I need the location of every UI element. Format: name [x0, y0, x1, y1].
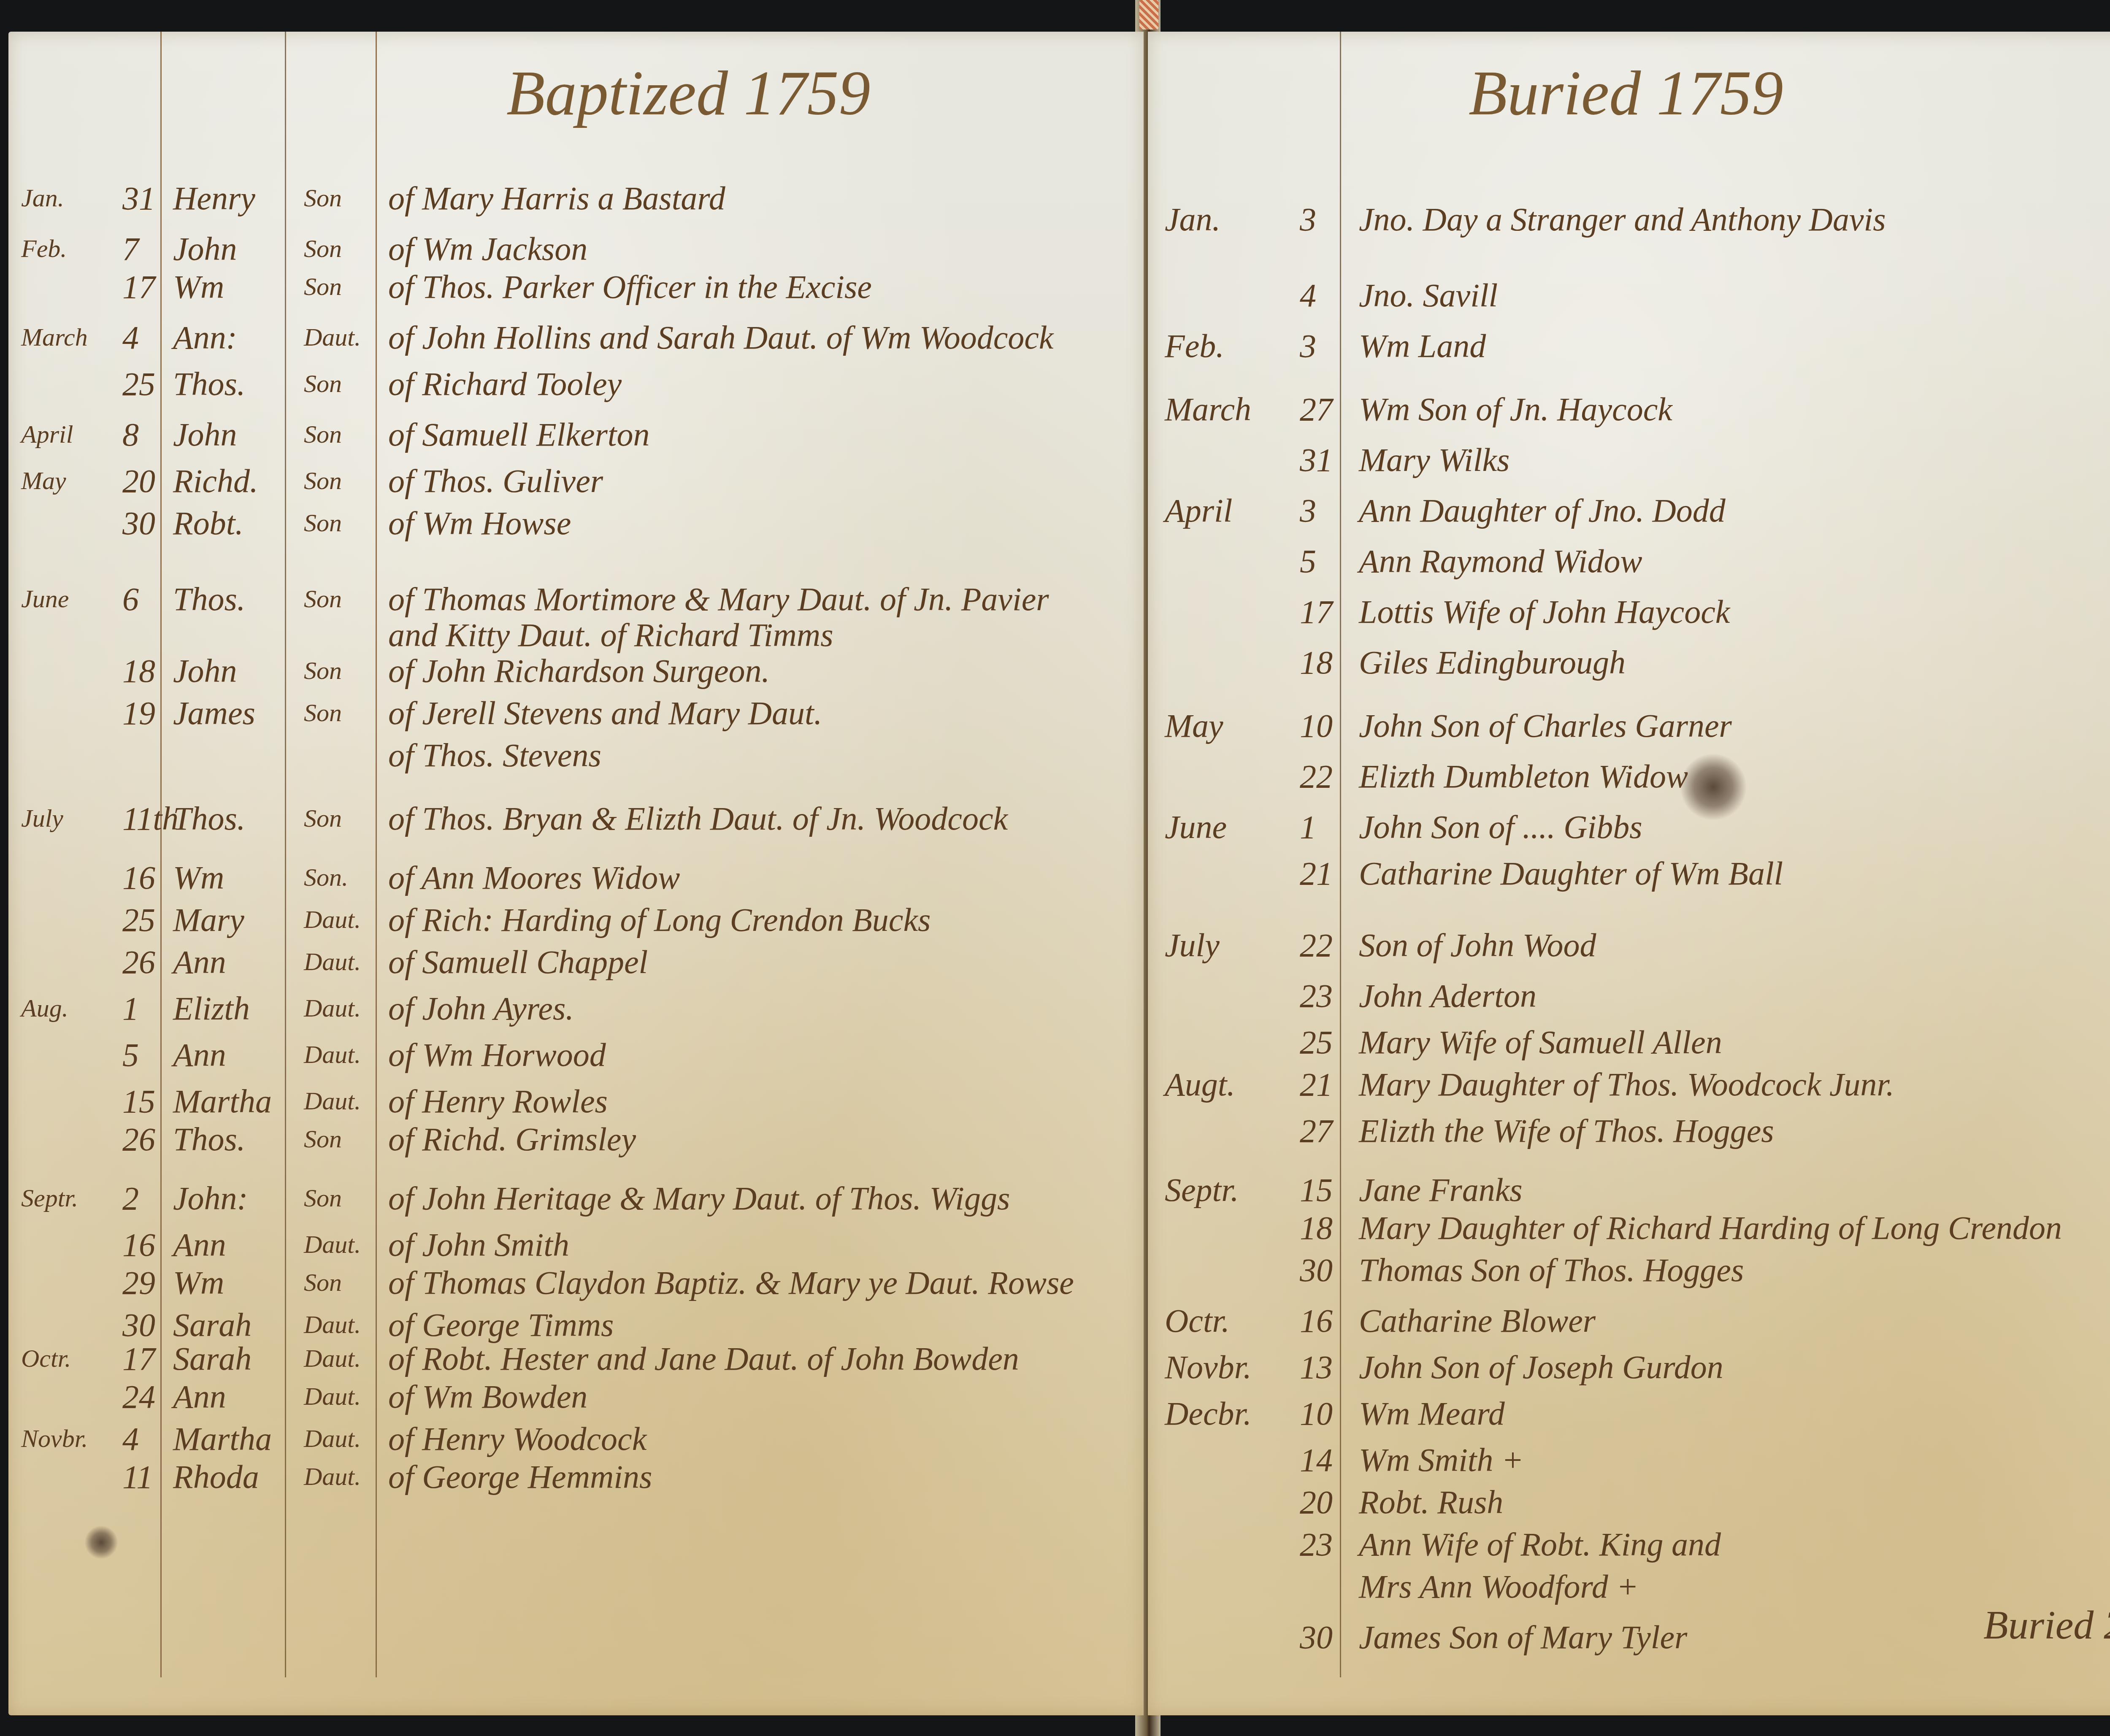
entry-parents: of Thomas Mortimore & Mary Daut. of Jn. … — [388, 580, 1049, 618]
entry-day: 24 — [122, 1378, 155, 1416]
entry-month: Feb. — [1165, 327, 1224, 365]
entry-relation: Son — [304, 466, 342, 495]
entry-day: 18 — [122, 652, 155, 690]
burial-row: 22Elizth Dumbleton Widow — [1148, 757, 2110, 800]
entry-parents: of Henry Rowles — [388, 1082, 608, 1120]
entry-name: John — [173, 416, 237, 454]
entry-day: 15 — [122, 1082, 155, 1120]
entry-month: Septr. — [21, 1184, 78, 1213]
burial-row: June1John Son of .... Gibbs — [1148, 808, 2110, 850]
entry-detail: Lottis Wife of John Haycock — [1359, 593, 1730, 631]
baptism-row: May20Richd.Sonof Thos. Guliver — [8, 462, 1144, 504]
baptism-row: March4Ann:Daut.of John Hollins and Sarah… — [8, 319, 1144, 361]
entry-day: 17 — [122, 1340, 155, 1378]
entry-name: Ann — [173, 1378, 226, 1416]
entry-day: 5 — [122, 1036, 139, 1074]
entry-day: 16 — [1300, 1302, 1333, 1340]
entry-day: 22 — [1300, 926, 1333, 964]
baptism-row: Feb.7JohnSonof Wm Jackson — [8, 230, 1144, 272]
baptism-row: Aug.1ElizthDaut.of John Ayres. — [8, 990, 1144, 1032]
entry-parents: of Samuell Elkerton — [388, 416, 650, 454]
entry-name: Sarah — [173, 1340, 252, 1378]
entry-name: Thos. — [173, 365, 245, 403]
baptism-row: 24AnnDaut.of Wm Bowden — [8, 1378, 1144, 1420]
entry-day: 21 — [1300, 854, 1333, 892]
burial-row: 4Jno. Savill — [1148, 276, 2110, 319]
baptism-row: Jan.31HenrySonof Mary Harris a Bastard — [8, 179, 1144, 222]
entry-parents: of Jerell Stevens and Mary Daut. — [388, 694, 822, 732]
entry-name: John — [173, 230, 237, 268]
entry-day: 30 — [1300, 1251, 1333, 1289]
burials-page: Buried 1759 40 Jan.3Jno. Day a Stranger … — [1148, 32, 2110, 1715]
entry-day: 31 — [1300, 441, 1333, 479]
entry-day: 25 — [122, 901, 155, 939]
ink-blot — [1680, 753, 1747, 821]
entry-parents: of John Heritage & Mary Daut. of Thos. W… — [388, 1179, 1010, 1217]
entry-detail: Ann Daughter of Jno. Dodd — [1359, 492, 1726, 530]
entry-relation: Daut. — [304, 1230, 361, 1259]
entry-name: Ann — [173, 1036, 226, 1074]
entry-parents: of Mary Harris a Bastard — [388, 179, 725, 217]
burial-row: Mrs Ann Woodford + — [1148, 1568, 2110, 1610]
entry-detail: Wm Son of Jn. Haycock — [1359, 390, 1672, 428]
entry-detail: Ann Raymond Widow — [1359, 542, 1642, 580]
burial-row: 30Thomas Son of Thos. Hogges — [1148, 1251, 2110, 1293]
entry-day: 17 — [1300, 593, 1333, 631]
entry-detail: Jane Franks — [1359, 1171, 1523, 1209]
entry-day: 13 — [1300, 1348, 1333, 1386]
entry-day: 25 — [1300, 1023, 1333, 1061]
entry-detail: Catharine Blower — [1359, 1302, 1596, 1340]
burial-row: April3Ann Daughter of Jno. Dodd — [1148, 492, 2110, 534]
entry-day: 20 — [1300, 1483, 1333, 1521]
baptism-row: 25MaryDaut.of Rich: Harding of Long Cren… — [8, 901, 1144, 943]
entry-day: 10 — [1300, 1395, 1333, 1433]
entry-detail: John Son of Joseph Gurdon — [1359, 1348, 1723, 1386]
entry-name: John — [173, 652, 237, 690]
entry-detail: Thomas Son of Thos. Hogges — [1359, 1251, 1744, 1289]
entry-parents: of Richd. Grimsley — [388, 1120, 636, 1158]
entry-detail: Elizth the Wife of Thos. Hogges — [1359, 1112, 1774, 1150]
entry-day: 27 — [1300, 390, 1333, 428]
burial-row: Augt.21Mary Daughter of Thos. Woodcock J… — [1148, 1065, 2110, 1108]
entry-name: Elizth — [173, 990, 250, 1028]
entry-name: John: — [173, 1179, 248, 1217]
entry-relation: Son — [304, 698, 342, 727]
burial-row: 23John Aderton — [1148, 977, 2110, 1019]
entry-relation: Son — [304, 656, 342, 685]
baptism-row: July11thThos.Sonof Thos. Bryan & Elizth … — [8, 800, 1144, 842]
entry-day: 23 — [1300, 1525, 1333, 1563]
entry-relation: Son — [304, 1184, 342, 1213]
entry-day: 14 — [1300, 1441, 1333, 1479]
entry-detail: Son of John Wood — [1359, 926, 1596, 964]
entry-parents: of John Smith — [388, 1226, 569, 1264]
entry-name: Wm — [173, 1264, 224, 1302]
entry-month: July — [1165, 926, 1220, 964]
baptism-row: 5AnnDaut.of Wm Horwood — [8, 1036, 1144, 1078]
entry-relation: Daut. — [304, 905, 361, 934]
entry-relation: Daut. — [304, 1344, 361, 1373]
entry-day: 22 — [1300, 757, 1333, 795]
entry-day: 2 — [122, 1179, 139, 1217]
baptism-row: 26AnnDaut.of Samuell Chappel — [8, 943, 1144, 985]
entry-day: 11th — [122, 800, 179, 838]
entry-detail: Mary Wilks — [1359, 441, 1509, 479]
burial-total-note: Buried 29 — [1983, 1601, 2110, 1648]
baptism-row: 11RhodaDaut.of George Hemmins — [8, 1458, 1144, 1500]
entry-relation: Son — [304, 1125, 342, 1154]
burial-row: 27Elizth the Wife of Thos. Hogges — [1148, 1112, 2110, 1154]
entry-parents: and Kitty Daut. of Richard Timms — [388, 616, 833, 654]
entry-parents: of George Timms — [388, 1306, 614, 1344]
entry-day: 5 — [1300, 542, 1316, 580]
entry-day: 26 — [122, 943, 155, 981]
entry-month: July — [21, 804, 63, 833]
entry-name: Ann — [173, 943, 226, 981]
burial-row: Jan.3Jno. Day a Stranger and Anthony Dav… — [1148, 200, 2110, 243]
burial-row: March27Wm Son of Jn. Haycock — [1148, 390, 2110, 433]
entry-detail: Mrs Ann Woodford + — [1359, 1568, 1639, 1606]
entry-day: 17 — [122, 268, 155, 306]
entry-month: Octr. — [21, 1344, 71, 1373]
entry-parents: of Thos. Parker Officer in the Excise — [388, 268, 872, 306]
burial-row: 20Robt. Rush — [1148, 1483, 2110, 1525]
burial-row: May10John Son of Charles Garner — [1148, 707, 2110, 749]
entry-day: 16 — [122, 859, 155, 897]
baptism-row: Septr.2John:Sonof John Heritage & Mary D… — [8, 1179, 1144, 1222]
baptism-row: 16AnnDaut.of John Smith — [8, 1226, 1144, 1268]
entry-relation: Daut. — [304, 1310, 361, 1339]
entry-parents: of Thos. Bryan & Elizth Daut. of Jn. Woo… — [388, 800, 1008, 838]
entry-detail: John Son of Charles Garner — [1359, 707, 1732, 745]
entry-month: Septr. — [1165, 1171, 1239, 1209]
baptism-row: 29WmSonof Thomas Claydon Baptiz. & Mary … — [8, 1264, 1144, 1306]
entry-relation: Daut. — [304, 1040, 361, 1069]
burial-row: Septr.15Jane Franks — [1148, 1171, 2110, 1213]
entry-detail: Ann Wife of Robt. King and — [1359, 1525, 1721, 1563]
burial-row: 5Ann Raymond Widow — [1148, 542, 2110, 584]
entry-name: Wm — [173, 268, 224, 306]
entry-parents: of John Richardson Surgeon. — [388, 652, 770, 690]
binding-thread — [1139, 0, 1158, 30]
baptisms-page: Baptized 1759 Jan.31HenrySonof Mary Harr… — [8, 32, 1144, 1715]
entry-relation: Daut. — [304, 323, 361, 352]
entry-parents: of Wm Horwood — [388, 1036, 606, 1074]
entry-month: March — [21, 323, 88, 352]
baptism-row: April8JohnSonof Samuell Elkerton — [8, 416, 1144, 458]
entry-month: Novbr. — [1165, 1348, 1252, 1386]
entry-month: Novbr. — [21, 1424, 88, 1453]
entry-day: 30 — [122, 1306, 155, 1344]
page-heading: Baptized 1759 — [506, 57, 870, 130]
entry-day: 31 — [122, 179, 155, 217]
entry-parents: of Samuell Chappel — [388, 943, 648, 981]
entry-day: 29 — [122, 1264, 155, 1302]
baptism-row: 17WmSonof Thos. Parker Officer in the Ex… — [8, 268, 1144, 310]
entry-day: 26 — [122, 1120, 155, 1158]
entry-relation: Daut. — [304, 1382, 361, 1411]
entry-day: 23 — [1300, 977, 1333, 1015]
baptism-row: 30Robt.Sonof Wm Howse — [8, 504, 1144, 546]
burial-row: 18Giles Edingburough — [1148, 644, 2110, 686]
entry-month: Feb. — [21, 234, 67, 263]
entry-relation: Son — [304, 420, 342, 449]
burial-row: 17Lottis Wife of John Haycock — [1148, 593, 2110, 635]
entry-name: Richd. — [173, 462, 258, 500]
entry-detail: Giles Edingburough — [1359, 644, 1626, 681]
entry-detail: Mary Wife of Samuell Allen — [1359, 1023, 1722, 1061]
entry-day: 18 — [1300, 644, 1333, 681]
entry-name: Ann: — [173, 319, 237, 357]
entry-relation: Son — [304, 1268, 342, 1297]
entry-day: 27 — [1300, 1112, 1333, 1150]
entry-month: Jan. — [21, 184, 64, 213]
entry-day: 18 — [1300, 1209, 1333, 1247]
entry-parents: of John Ayres. — [388, 990, 574, 1028]
entry-parents: of George Hemmins — [388, 1458, 652, 1496]
entry-month: June — [21, 584, 69, 614]
entry-parents: of Robt. Hester and Jane Daut. of John B… — [388, 1340, 1019, 1378]
entry-month: May — [21, 466, 66, 495]
entry-month: May — [1165, 707, 1223, 745]
entry-month: Augt. — [1165, 1065, 1235, 1103]
entry-parents: of Rich: Harding of Long Crendon Bucks — [388, 901, 931, 939]
burial-row: Novbr.13John Son of Joseph Gurdon — [1148, 1348, 2110, 1390]
entry-day: 1 — [122, 990, 139, 1028]
entry-day: 6 — [122, 580, 139, 618]
burial-row: 18Mary Daughter of Richard Harding of Lo… — [1148, 1209, 2110, 1251]
entry-name: Thos. — [173, 800, 245, 838]
burial-row: Octr.16Catharine Blower — [1148, 1302, 2110, 1344]
entry-detail: Wm Meard — [1359, 1395, 1505, 1433]
entry-day: 30 — [122, 504, 155, 542]
entry-name: Robt. — [173, 504, 243, 542]
entry-day: 8 — [122, 416, 139, 454]
entry-detail: Robt. Rush — [1359, 1483, 1503, 1521]
entry-parents: of Thos. Stevens — [388, 736, 601, 774]
burial-row: Feb.3Wm Land — [1148, 327, 2110, 369]
entry-name: Sarah — [173, 1306, 252, 1344]
entry-detail: Wm Land — [1359, 327, 1486, 365]
entry-day: 10 — [1300, 707, 1333, 745]
entry-day: 4 — [122, 1420, 139, 1458]
entry-name: Henry — [173, 179, 255, 217]
entry-detail: Wm Smith + — [1359, 1441, 1524, 1479]
entry-day: 30 — [1300, 1618, 1333, 1656]
entry-day: 16 — [122, 1226, 155, 1264]
entry-name: Thos. — [173, 1120, 245, 1158]
baptism-row: Octr.17SarahDaut.of Robt. Hester and Jan… — [8, 1340, 1144, 1382]
entry-month: Aug. — [21, 994, 68, 1023]
entry-relation: Daut. — [304, 947, 361, 976]
entry-relation: Son. — [304, 863, 348, 892]
entry-relation: Son — [304, 508, 342, 538]
entry-day: 7 — [122, 230, 139, 268]
entry-month: June — [1165, 808, 1227, 846]
entry-day: 21 — [1300, 1065, 1333, 1103]
baptism-row: 19JamesSonof Jerell Stevens and Mary Dau… — [8, 694, 1144, 736]
entry-parents: of Wm Howse — [388, 504, 571, 542]
entry-parents: of Thomas Claydon Baptiz. & Mary ye Daut… — [388, 1264, 1074, 1302]
burial-row: July22Son of John Wood — [1148, 926, 2110, 968]
entry-month: April — [21, 420, 73, 449]
entry-detail: Catharine Daughter of Wm Ball — [1359, 854, 1783, 892]
entry-relation: Son — [304, 272, 342, 301]
baptism-row: 26Thos.Sonof Richd. Grimsley — [8, 1120, 1144, 1163]
baptism-row: 16WmSon.of Ann Moores Widow — [8, 859, 1144, 901]
entry-month: March — [1165, 390, 1251, 428]
ink-stain — [84, 1525, 118, 1559]
burial-row: 23Ann Wife of Robt. King and — [1148, 1525, 2110, 1568]
entry-month: Octr. — [1165, 1302, 1230, 1340]
entry-detail: Mary Daughter of Richard Harding of Long… — [1359, 1209, 2062, 1247]
entry-name: Martha — [173, 1420, 272, 1458]
entry-day: 3 — [1300, 327, 1316, 365]
entry-detail: James Son of Mary Tyler — [1359, 1618, 1687, 1656]
entry-day: 11 — [122, 1458, 153, 1496]
burial-row: 25Mary Wife of Samuell Allen — [1148, 1023, 2110, 1065]
entry-relation: Son — [304, 584, 342, 614]
entry-parents: of Wm Bowden — [388, 1378, 587, 1416]
entry-month: Decbr. — [1165, 1395, 1252, 1433]
entry-name: Rhoda — [173, 1458, 259, 1496]
entry-relation: Daut. — [304, 994, 361, 1023]
burial-row: 21Catharine Daughter of Wm Ball — [1148, 854, 2110, 897]
burial-row: Decbr.10Wm Meard — [1148, 1395, 2110, 1437]
entry-day: 15 — [1300, 1171, 1333, 1209]
baptism-row: of Thos. Stevens — [8, 736, 1144, 779]
entry-parents: of John Hollins and Sarah Daut. of Wm Wo… — [388, 319, 1054, 357]
baptism-row: 15MarthaDaut.of Henry Rowles — [8, 1082, 1144, 1125]
entry-relation: Daut. — [304, 1087, 361, 1116]
entry-name: Mary — [173, 901, 244, 939]
baptism-row: 25Thos.Sonof Richard Tooley — [8, 365, 1144, 407]
entry-detail: John Son of .... Gibbs — [1359, 808, 1642, 846]
baptism-row: Novbr.4MarthaDaut.of Henry Woodcock — [8, 1420, 1144, 1462]
entry-day: 3 — [1300, 492, 1316, 530]
burial-row: 30James Son of Mary Tyler — [1148, 1618, 2110, 1660]
entry-relation: Son — [304, 234, 342, 263]
entry-detail: Jno. Savill — [1359, 276, 1498, 314]
burial-row: 31Mary Wilks — [1148, 441, 2110, 483]
entry-day: 25 — [122, 365, 155, 403]
entry-detail: John Aderton — [1359, 977, 1537, 1015]
entry-relation: Daut. — [304, 1462, 361, 1491]
entry-parents: of Richard Tooley — [388, 365, 622, 403]
entry-relation: Daut. — [304, 1424, 361, 1453]
entry-name: Thos. — [173, 580, 245, 618]
entry-detail: Mary Daughter of Thos. Woodcock Junr. — [1359, 1065, 1894, 1103]
entry-parents: of Thos. Guliver — [388, 462, 603, 500]
entry-day: 3 — [1300, 200, 1316, 238]
entry-day: 20 — [122, 462, 155, 500]
entry-relation: Son — [304, 184, 342, 213]
entry-relation: Son — [304, 804, 342, 833]
entry-detail: Elizth Dumbleton Widow — [1359, 757, 1688, 795]
burial-row: 14Wm Smith + — [1148, 1441, 2110, 1483]
entry-day: 4 — [1300, 276, 1316, 314]
page-heading: Buried 1759 — [1469, 57, 1783, 130]
entry-day: 19 — [122, 694, 155, 732]
entry-month: Jan. — [1165, 200, 1220, 238]
entry-day: 4 — [122, 319, 139, 357]
entry-name: James — [173, 694, 255, 732]
entry-name: Ann — [173, 1226, 226, 1264]
entry-name: Wm — [173, 859, 224, 897]
entry-relation: Son — [304, 369, 342, 398]
entry-parents: of Henry Woodcock — [388, 1420, 647, 1458]
entry-name: Martha — [173, 1082, 272, 1120]
entry-day: 1 — [1300, 808, 1316, 846]
entry-parents: of Wm Jackson — [388, 230, 587, 268]
baptism-row: 18JohnSonof John Richardson Surgeon. — [8, 652, 1144, 694]
entry-parents: of Ann Moores Widow — [388, 859, 680, 897]
entry-month: April — [1165, 492, 1232, 530]
entry-detail: Jno. Day a Stranger and Anthony Davis — [1359, 200, 1886, 238]
